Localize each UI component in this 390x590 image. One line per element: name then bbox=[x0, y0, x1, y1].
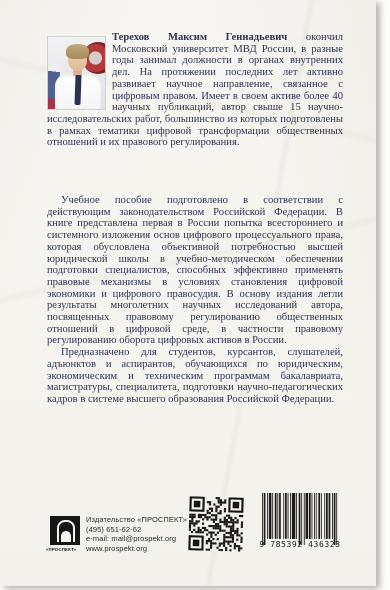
cover-text-block: Терехов Максим Геннадьевич окончил Моско… bbox=[47, 32, 343, 406]
arch-doorway-icon bbox=[57, 520, 75, 542]
publisher-name: Издательство «ПРОСПЕКТ» bbox=[86, 515, 187, 525]
annotation-paragraph-2: Предназначено для студентов, курсантов, … bbox=[47, 347, 343, 406]
qr-code bbox=[187, 496, 244, 551]
publisher-phone: (495) 651-62-62 bbox=[86, 525, 187, 535]
barcode-digits: 9 785392 436323 bbox=[258, 540, 342, 549]
author-hair bbox=[66, 44, 89, 59]
barcode: 9 785392 436323 bbox=[258, 493, 342, 555]
author-bio-section: Терехов Максим Геннадьевич окончил Моско… bbox=[47, 32, 343, 149]
author-name: Терехов Максим Геннадьевич bbox=[112, 32, 287, 43]
book-back-cover: Терехов Максим Геннадьевич окончил Моско… bbox=[0, 0, 376, 586]
publisher-logo-icon bbox=[50, 516, 80, 545]
publisher-website: www.prospekt.org bbox=[86, 544, 187, 554]
publisher-info: Издательство «ПРОСПЕКТ» (495) 651-62-62 … bbox=[86, 515, 187, 554]
annotation-paragraph-1: Учебное пособие подготовлено в соответст… bbox=[47, 195, 343, 347]
author-photo bbox=[47, 36, 106, 110]
publisher-email: e-mail: mail@prospekt.org bbox=[86, 534, 187, 544]
publisher-logo-label: «ПРОСПЕКТ» bbox=[36, 548, 86, 552]
author-tie bbox=[74, 75, 81, 105]
